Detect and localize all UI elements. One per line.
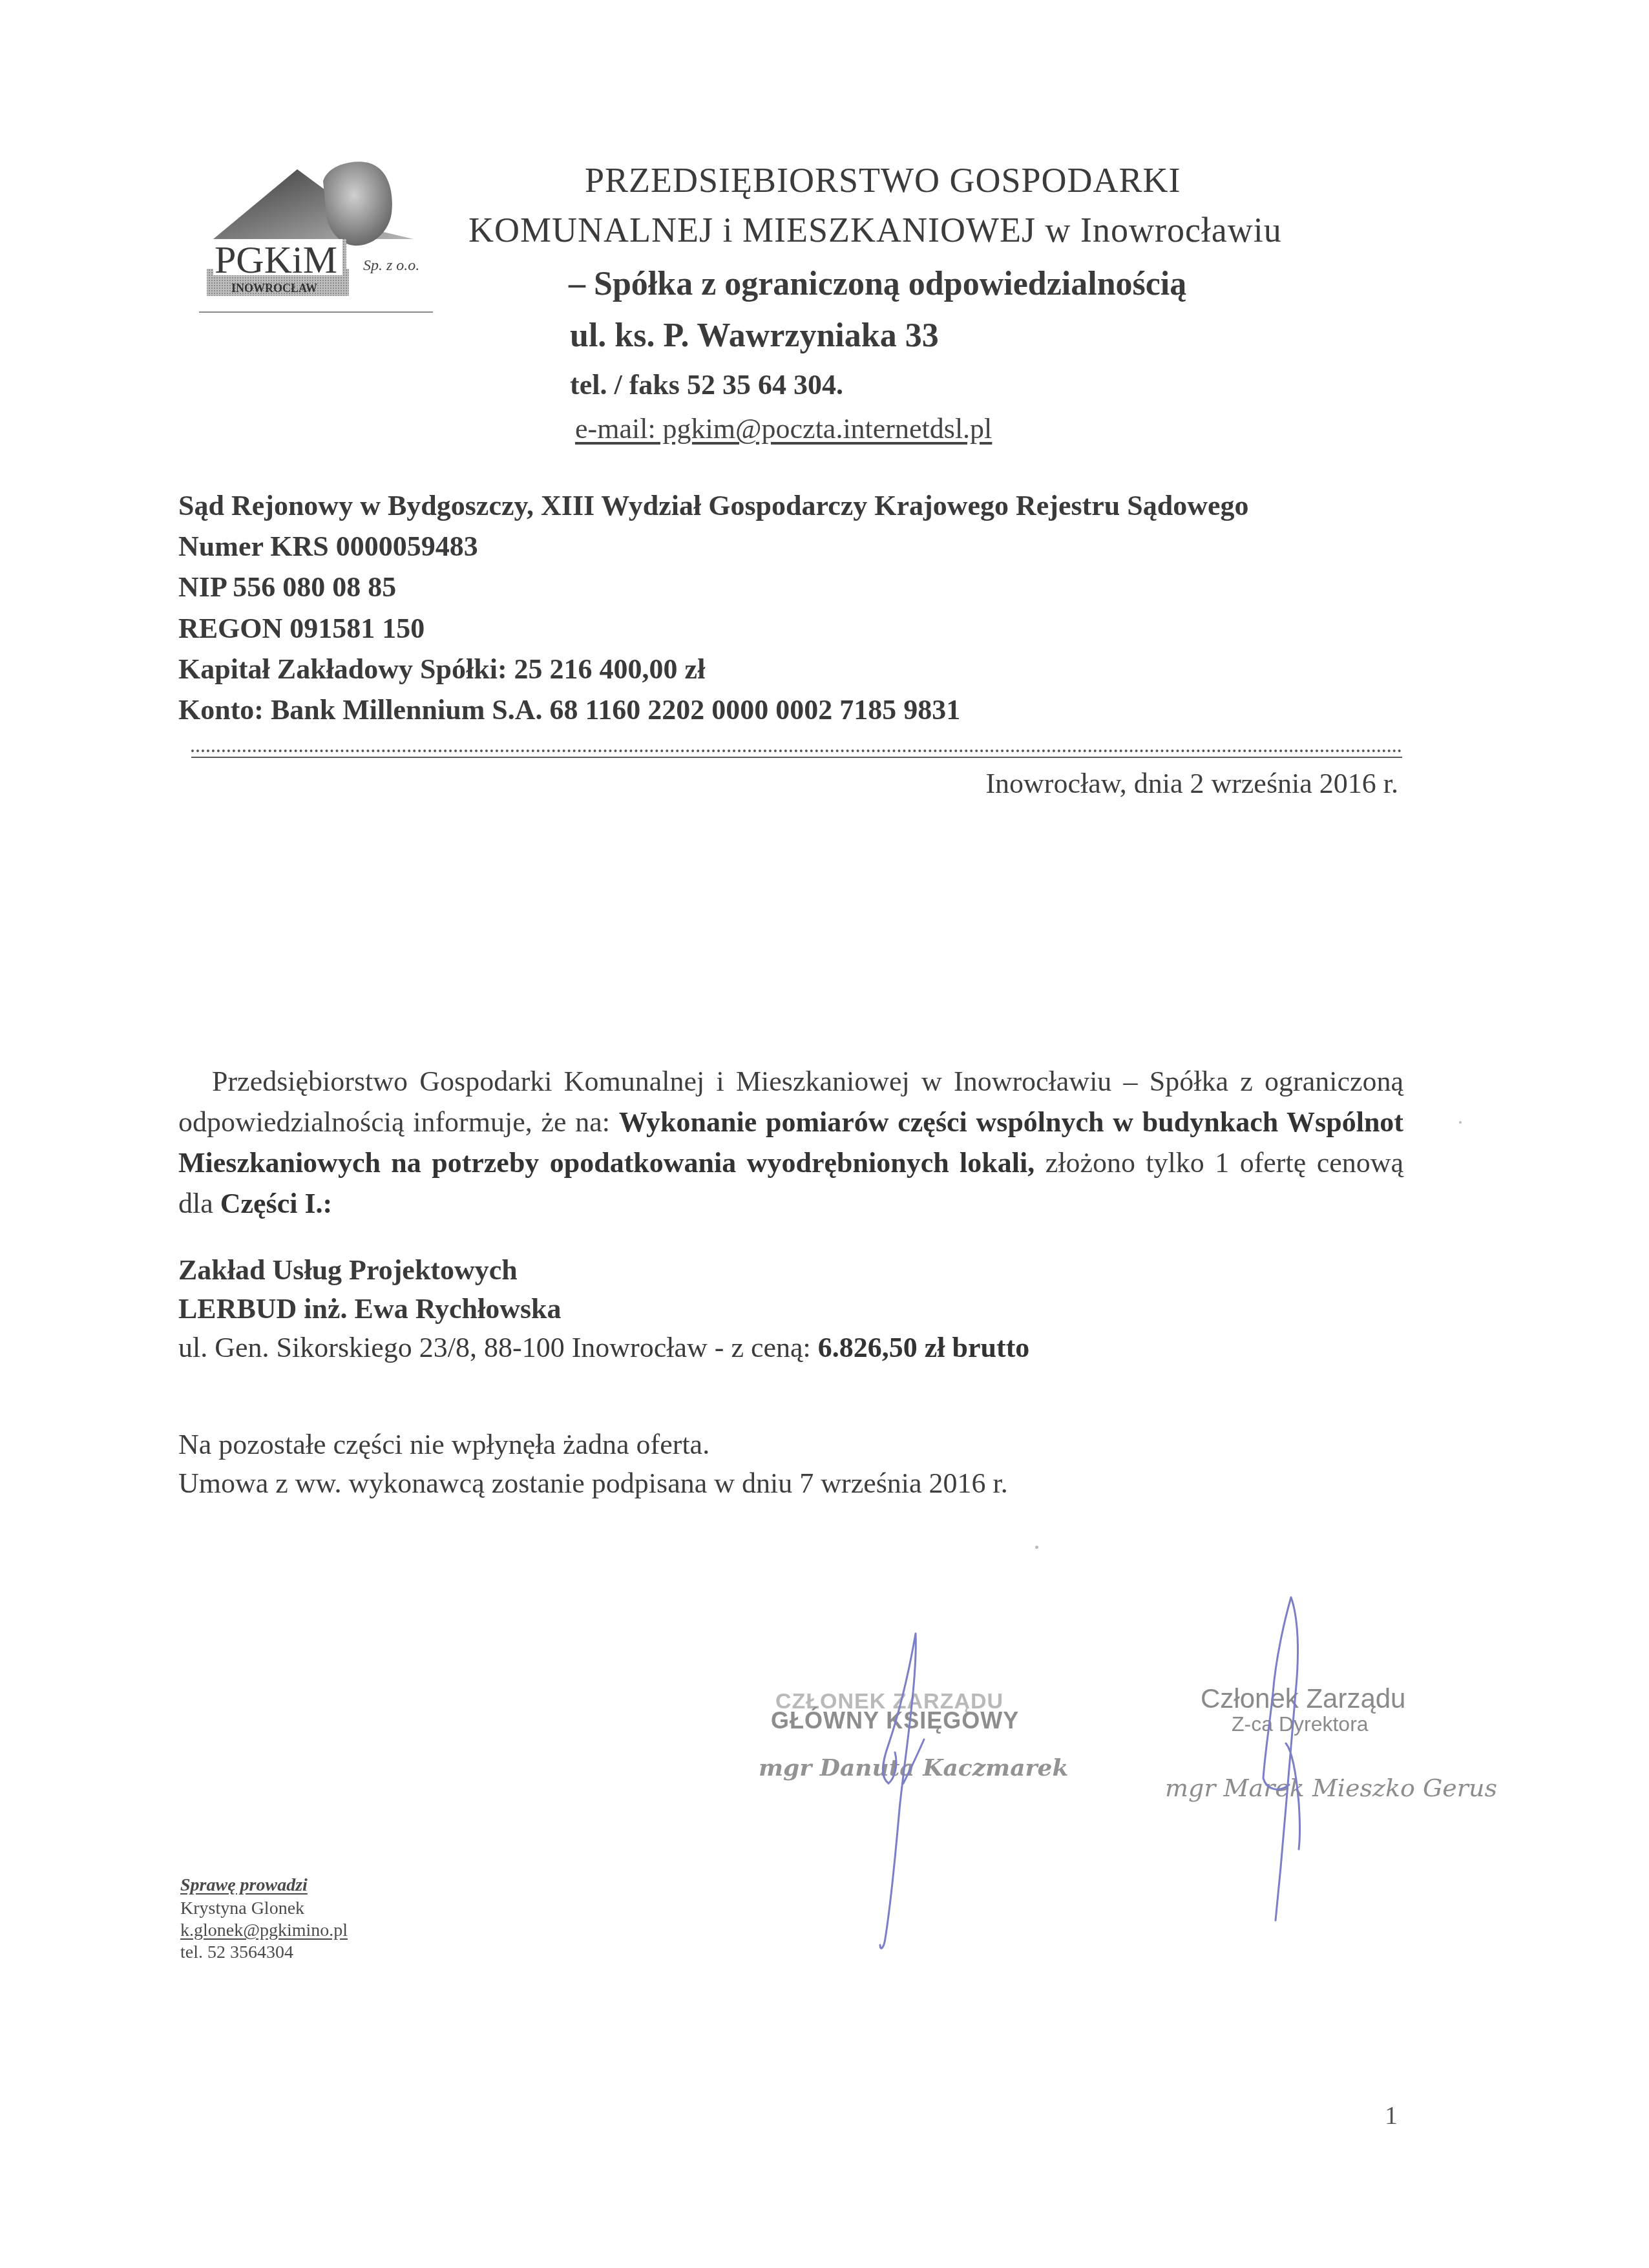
company-name-line1: PRZEDSIĘBIORSTWO GOSPODARKI	[585, 160, 1181, 200]
company-address: ul. ks. P. Wawrzyniaka 33	[570, 317, 939, 355]
stamp-1-name: mgr Danuta Kaczmarek	[759, 1754, 1068, 1781]
tender-part: Części I.:	[220, 1188, 333, 1219]
page-number: 1	[1385, 2100, 1398, 2130]
offer-price: 6.826,50 zł brutto	[818, 1332, 1030, 1363]
closing-no-offers: Na pozostałe części nie wpłynęła żadna o…	[178, 1428, 709, 1461]
case-handler-name: Krystyna Glonek	[180, 1898, 304, 1919]
contractor-address-price: ul. Gen. Sikorskiego 23/8, 88-100 Inowro…	[178, 1331, 1029, 1364]
signature-2-icon	[1263, 1597, 1300, 1920]
company-legal-form: – Spółka z ograniczoną odpowiedzialności…	[569, 265, 1186, 303]
document-date: Inowrocław, dnia 2 września 2016 r.	[985, 767, 1398, 800]
registry-krs: Numer KRS 0000059483	[178, 530, 478, 563]
stamp-2-subtitle: Z-ca Dyrektora	[1232, 1712, 1369, 1736]
registry-regon: REGON 091581 150	[178, 612, 425, 645]
signature-1-icon	[880, 1633, 924, 1948]
case-handler-label: Sprawę prowadzi	[180, 1875, 308, 1896]
closing-contract-date: Umowa z ww. wykonawcą zostanie podpisana…	[178, 1467, 1008, 1500]
stamp-2-title: Członek Zarządu	[1201, 1683, 1405, 1714]
logo-city-text: INOWROCŁAW	[231, 282, 317, 295]
company-logo: PGKiM INOWROCŁAW Sp. z o.o.	[200, 155, 459, 323]
registry-nip: NIP 556 080 08 85	[178, 571, 396, 604]
contractor-name-line1: Zakład Usług Projektowych	[178, 1254, 518, 1286]
logo-brand-text: PGKiM	[215, 238, 337, 281]
scan-speck	[1459, 1121, 1462, 1124]
company-name-line2: KOMUNALNEJ i MIESZKANIOWEJ w Inowrocławi…	[468, 210, 1282, 250]
scan-speck	[1035, 1546, 1038, 1549]
announcement-paragraph: Przedsiębiorstwo Gospodarki Komunalnej i…	[178, 1061, 1403, 1224]
contractor-name-line2: LERBUD inż. Ewa Rychłowska	[178, 1292, 562, 1325]
registry-court: Sąd Rejonowy w Bydgoszczy, XIII Wydział …	[178, 489, 1249, 522]
stamp-1-subtitle: GŁÓWNY KSIĘGOWY	[771, 1707, 1019, 1734]
registry-capital: Kapitał Zakładowy Spółki: 25 216 400,00 …	[178, 653, 705, 686]
company-phone: tel. / faks 52 35 64 304.	[570, 368, 843, 401]
case-handler-phone: tel. 52 3564304	[180, 1942, 293, 1963]
contractor-address: ul. Gen. Sikorskiego 23/8, 88-100 Inowro…	[178, 1332, 818, 1363]
company-email-link[interactable]: e-mail: pgkim@poczta.internetdsl.pl	[575, 412, 992, 445]
logo-suffix-text: Sp. z o.o.	[363, 257, 419, 274]
logo-divider	[199, 311, 433, 313]
registry-bank-account: Konto: Bank Millennium S.A. 68 1160 2202…	[178, 693, 960, 726]
house-tree-logo-icon: PGKiM INOWROCŁAW Sp. z o.o.	[200, 155, 459, 323]
case-handler-email-link[interactable]: k.glonek@pgkimino.pl	[180, 1920, 348, 1941]
stamp-2-name: mgr Marek Mieszko Gerus	[1165, 1774, 1497, 1802]
header-divider	[191, 757, 1402, 758]
